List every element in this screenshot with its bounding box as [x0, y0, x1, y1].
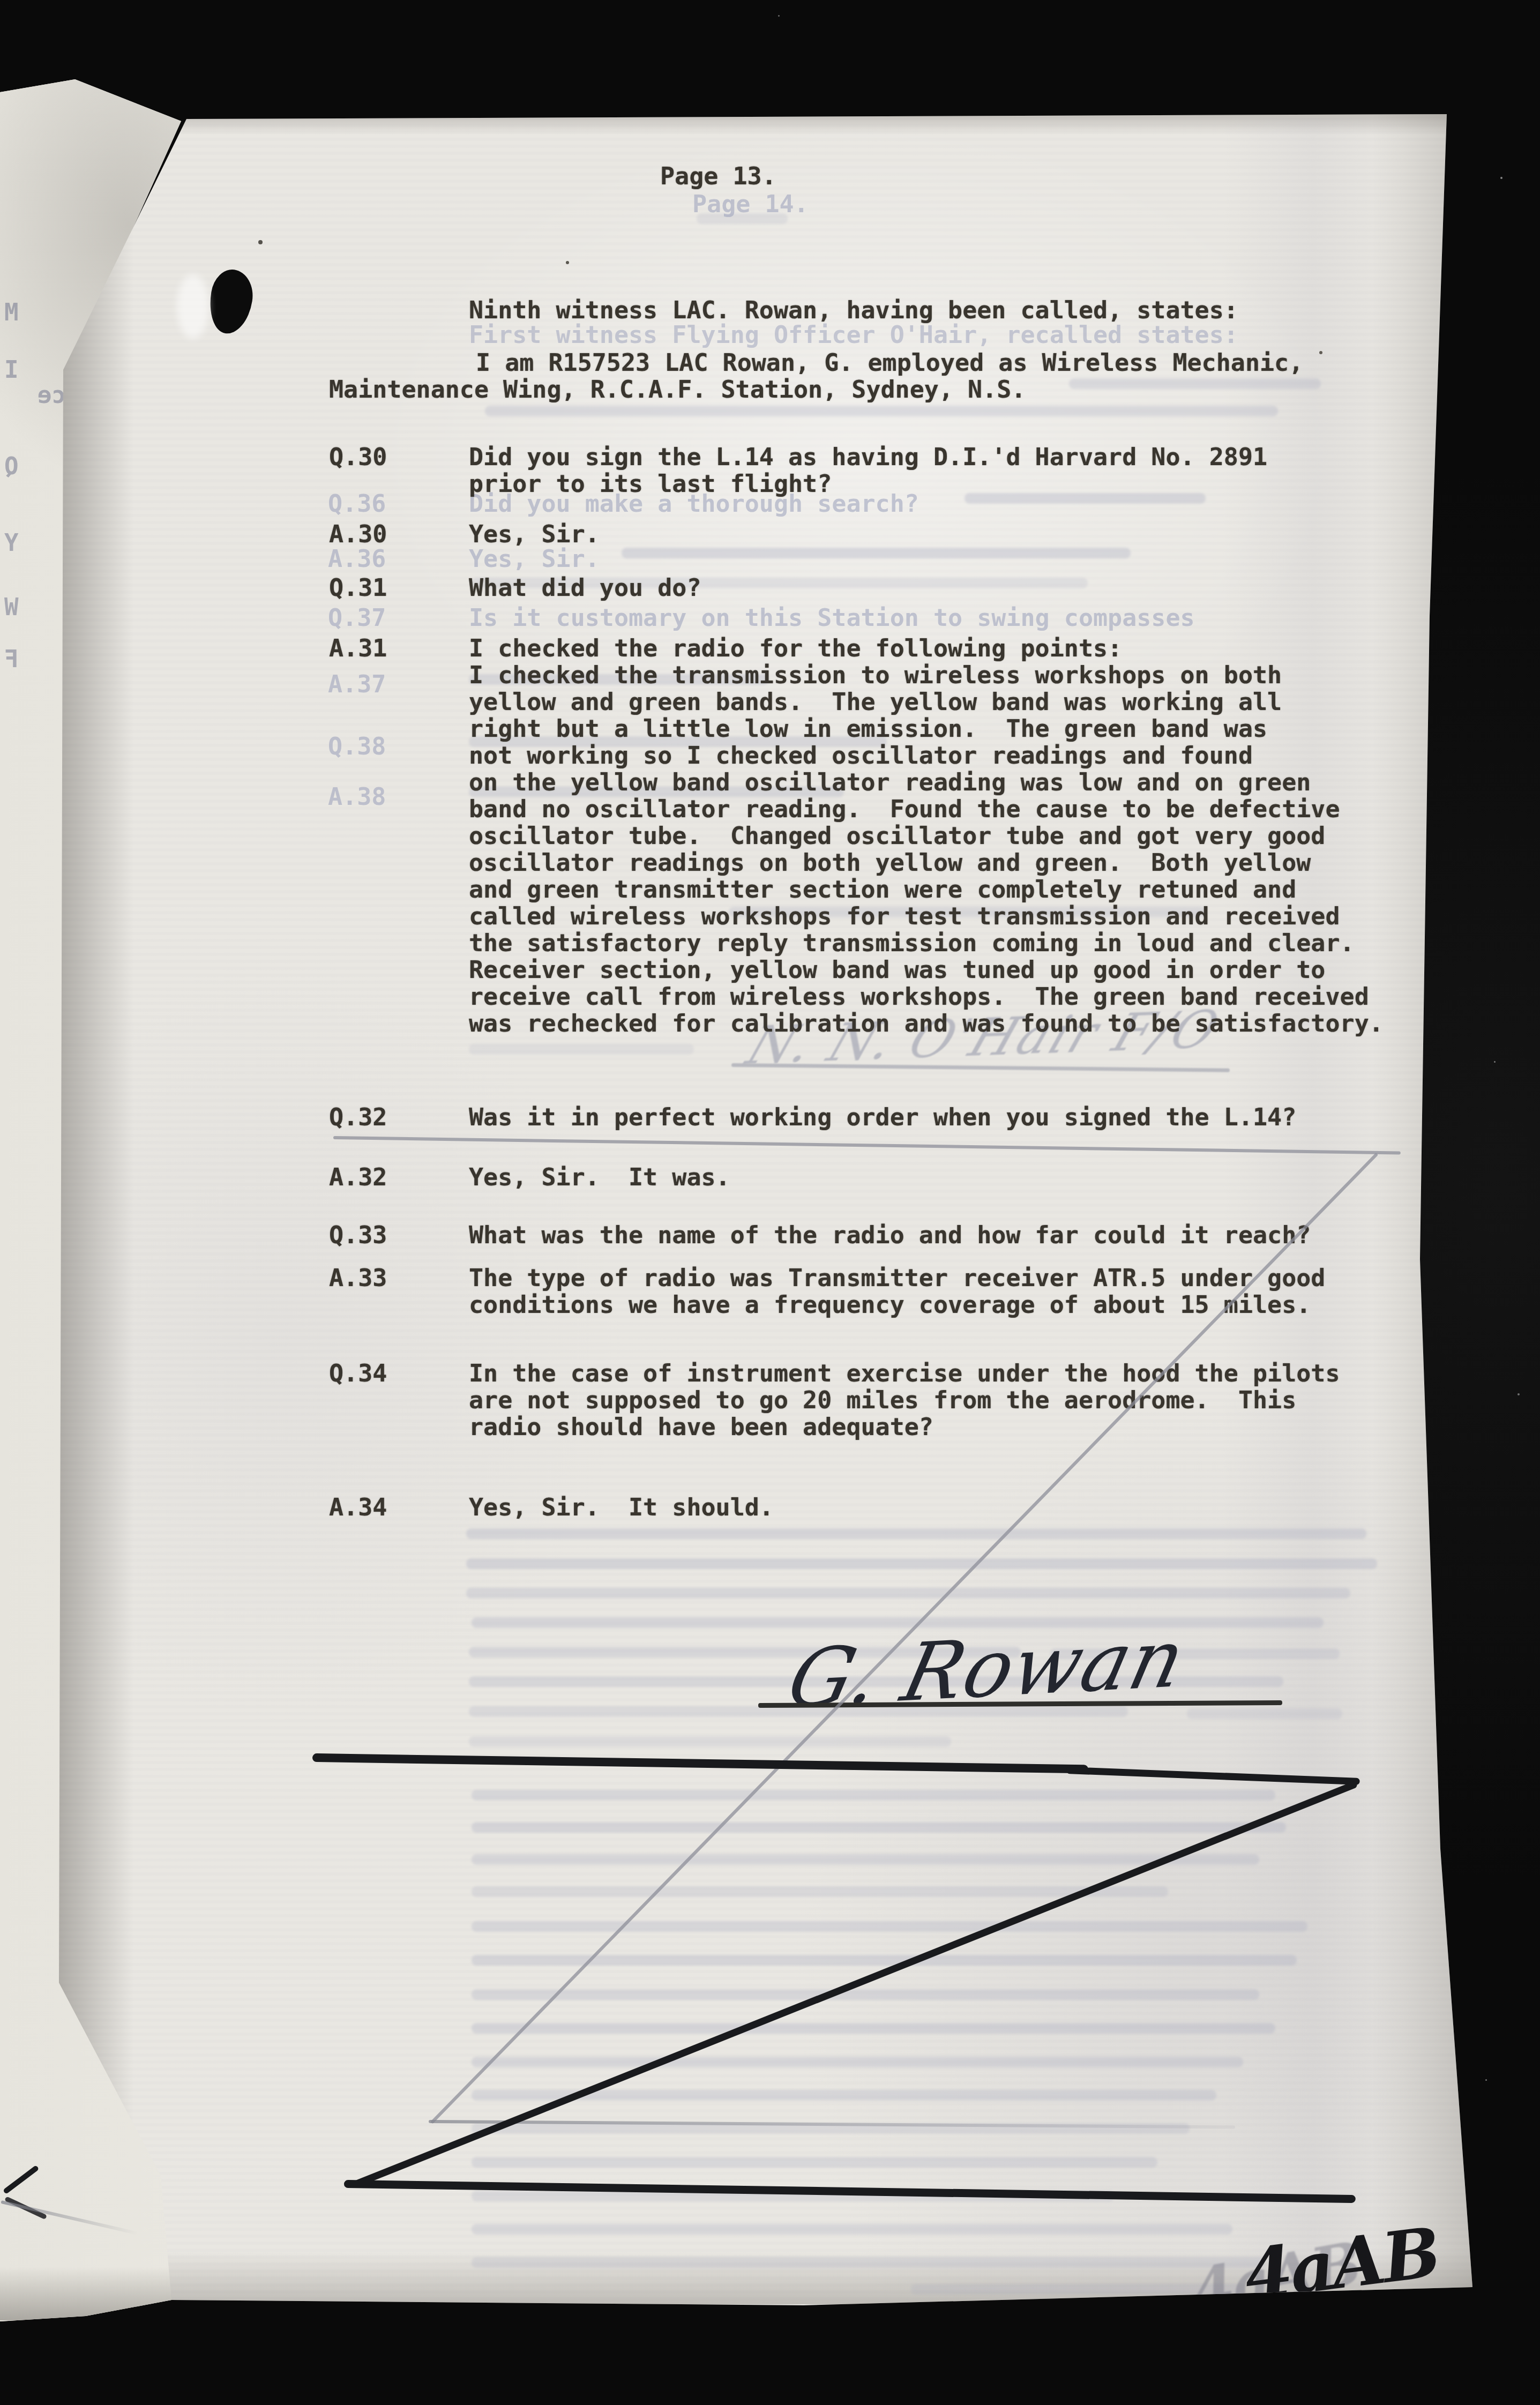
- witness-intro-line: I am R157523 LAC Rowan, G. employed as W…: [476, 349, 1303, 376]
- qa-text-line: not working so I checked oscillator read…: [469, 742, 1253, 769]
- testimony-heading: Ninth witness LAC. Rowan, having been ca…: [469, 297, 1238, 324]
- mirrored-stray-letter: I: [4, 356, 19, 384]
- bleedthrough-line-smudge: [472, 2257, 1265, 2268]
- qa-text-line: Yes, Sir.: [469, 521, 600, 548]
- mirrored-stray-letter: M: [4, 299, 19, 326]
- dust-speck: [1517, 1393, 1520, 1395]
- bleedthrough-line-smudge: [472, 2023, 1275, 2034]
- qa-text-line: band no oscillator reading. Found the ca…: [469, 796, 1340, 823]
- pencil-crossout-top-line: [333, 1136, 1401, 1155]
- bleedthrough-line-smudge: [485, 406, 1278, 416]
- qa-text-line: yellow and green bands. The yellow band …: [469, 689, 1282, 715]
- qa-text-line: and green transmitter section were compl…: [469, 876, 1296, 903]
- strip-crossout-mark-icon: [3, 2165, 39, 2194]
- qa-text-line: are not supposed to go 20 miles from the…: [469, 1387, 1296, 1414]
- qa-label: Q.32: [329, 1104, 387, 1131]
- dust-speck: [1485, 2079, 1487, 2081]
- paper-crumple-highlight: [177, 274, 209, 339]
- bleedthrough-line-smudge: [466, 1588, 1350, 1599]
- qa-text-line: Receiver section, yellow band was tuned …: [469, 957, 1325, 983]
- bleedthrough-line-smudge: [472, 1617, 1324, 1628]
- ink-crossout-top-line-overlap: [1066, 1767, 1360, 1785]
- qa-label: A.31: [329, 635, 387, 662]
- qa-text-line: Did you sign the L.14 as having D.I.'d H…: [469, 444, 1267, 470]
- ink-crossout-top-line: [312, 1753, 1088, 1773]
- qa-label: A.30: [329, 521, 387, 548]
- bleedthrough-line-smudge: [472, 2057, 1243, 2067]
- page-number: Page 13.: [660, 163, 776, 190]
- bleedthrough-line-smudge: [1187, 1708, 1342, 1719]
- mirrored-stray-letter: Y: [4, 529, 19, 557]
- spine-shadow: [54, 113, 134, 2304]
- qa-text-line: right but a little low in emission. The …: [469, 715, 1267, 742]
- ghost-qa-label: A.37: [328, 671, 386, 698]
- qa-text-line: In the case of instrument exercise under…: [469, 1360, 1340, 1387]
- witness-signature: G. Rowan: [780, 1612, 1194, 1726]
- qa-text-line: I checked the radio for the following po…: [469, 635, 1122, 662]
- bleedthrough-line-smudge: [622, 548, 1131, 558]
- qa-text-line: oscillator readings on both yellow and g…: [469, 849, 1311, 876]
- strip-curl-shadow: [0, 2267, 177, 2320]
- qa-text-line: prior to its last flight?: [469, 470, 832, 497]
- bleedthrough-line-smudge: [469, 1736, 951, 1747]
- strip-pencil-line: [1, 2200, 138, 2235]
- qa-text-line: I checked the transmission to wireless w…: [469, 662, 1282, 689]
- scanned-document-photo: MaintenanceQ.28A.28Q.29A.29MIQYWF Page 1…: [0, 0, 1540, 2405]
- qa-text-line: radio should have been adequate?: [469, 1414, 933, 1440]
- qa-text-line: What was the name of the radio and how f…: [469, 1222, 1311, 1249]
- ghost-qa-text: Yes, Sir.: [469, 546, 600, 572]
- dust-speck: [1500, 177, 1502, 179]
- ghost-heading: First witness Flying Officer O'Hair, rec…: [469, 322, 1238, 348]
- right-edge-shadow: [1372, 113, 1474, 2299]
- handwritten-annotation: 4aAB: [1240, 2212, 1443, 2316]
- qa-label: A.34: [329, 1494, 387, 1521]
- document-page: Page 14. First witness Flying Officer O'…: [0, 0, 1540, 2405]
- qa-text-line: Yes, Sir. It should.: [469, 1494, 774, 1521]
- ghost-qa-text: Is it customary on this Station to swing…: [469, 604, 1195, 631]
- bleedthrough-line-smudge: [472, 1921, 1307, 1932]
- qa-text-line: Yes, Sir. It was.: [469, 1164, 730, 1191]
- dust-speck: [778, 15, 780, 17]
- qa-text-line: What did you do?: [469, 574, 701, 601]
- mirrored-stray-letter: Q: [4, 453, 19, 480]
- qa-label: Q.34: [329, 1360, 387, 1387]
- paper-speck: [1319, 351, 1322, 354]
- paper-speck: [566, 261, 569, 264]
- qa-label: A.33: [329, 1265, 387, 1291]
- bleedthrough-line-smudge: [472, 1790, 1275, 1801]
- bleedthrough-line-smudge: [472, 1989, 1259, 2000]
- qa-text-line: on the yellow band oscillator reading wa…: [469, 769, 1311, 796]
- qa-text-line: conditions we have a frequency coverage …: [469, 1291, 1311, 1318]
- bleedthrough-line-smudge: [472, 2157, 1157, 2168]
- qa-text-line: Was it in perfect working order when you…: [469, 1104, 1296, 1131]
- qa-label: Q.30: [329, 444, 387, 470]
- ghost-qa-label: A.36: [328, 546, 386, 572]
- mirrored-stray-letter: W: [4, 594, 19, 621]
- bleedthrough-line-smudge: [466, 1528, 1366, 1539]
- qa-label: Q.33: [329, 1222, 387, 1249]
- qa-text-line: The type of radio was Transmitter receiv…: [469, 1265, 1325, 1291]
- qa-text-line: oscillator tube. Changed oscillator tube…: [469, 823, 1325, 849]
- ghost-qa-label: Q.37: [328, 604, 386, 631]
- mirrored-stray-letter: F: [4, 646, 19, 673]
- qa-label: A.32: [329, 1164, 387, 1191]
- ghost-qa-label: Q.36: [328, 490, 386, 517]
- bleedthrough-line-smudge: [1069, 378, 1321, 389]
- bleedthrough-line-smudge: [965, 493, 1206, 504]
- bleedthrough-line-smudge: [472, 1854, 1259, 1865]
- top-edge-shadow: [161, 110, 1457, 135]
- qa-text-line: was rechecked for calibration and was fo…: [469, 1010, 1384, 1037]
- paper-speck: [258, 240, 263, 244]
- bleedthrough-line-smudge: [472, 2224, 1232, 2235]
- qa-text-line: the satisfactory reply transmission comi…: [469, 930, 1355, 957]
- witness-intro-line: Maintenance Wing, R.C.A.F. Station, Sydn…: [329, 376, 1026, 403]
- punch-hole: [205, 267, 257, 337]
- qa-text-line: called wireless workshops for test trans…: [469, 903, 1340, 930]
- bleedthrough-line-smudge: [472, 1886, 1168, 1897]
- bleedthrough-line-smudge: [466, 1558, 1377, 1569]
- qa-text-line: receive call from wireless workshops. Th…: [469, 983, 1369, 1010]
- bleedthrough-line-smudge: [469, 1044, 694, 1055]
- ghost-page-number: Page 14.: [692, 191, 809, 218]
- dust-speck: [1494, 1061, 1496, 1063]
- bleedthrough-line-smudge: [472, 1822, 1286, 1833]
- ghost-qa-label: A.38: [328, 783, 386, 810]
- ghost-qa-label: Q.38: [328, 733, 386, 760]
- qa-label: Q.31: [329, 574, 387, 601]
